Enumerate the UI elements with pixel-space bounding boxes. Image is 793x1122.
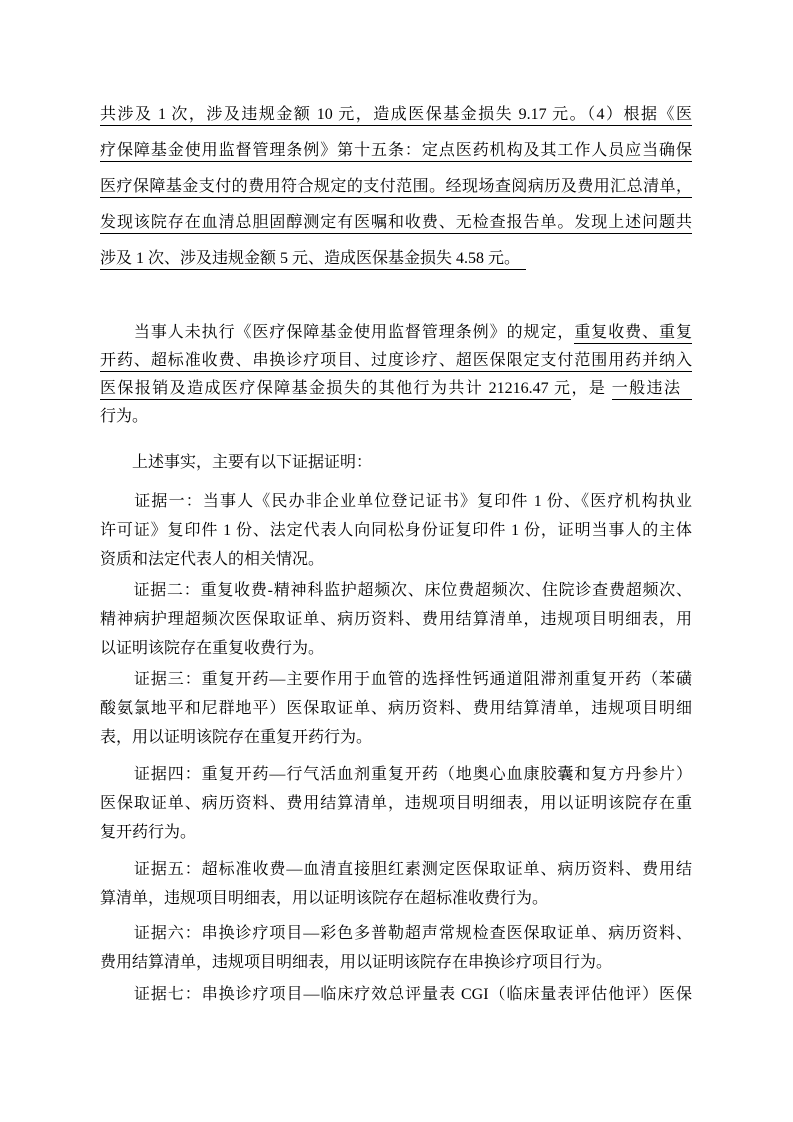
document-page: { "page": { "background_color": "#ffffff… <box>0 0 793 1122</box>
text-segment: 上述事实，主要有以下证据证明： <box>100 454 372 471</box>
document-text-content: 共涉及 1 次，涉及违规金额 10 元，造成医保基金损失 9.17 元。（4）根… <box>100 0 692 1009</box>
underlined-text: 疗保障基金使用监督管理条例》第十五条：定点医药机构及其工作人员应当确保 <box>100 142 692 162</box>
underlined-text: 医疗保障基金支付的费用符合规定的支付范围。经现场查阅病历及费用汇总清单， <box>100 178 692 198</box>
evidence-7: 证据七：串换诊疗项目—临床疗效总评量表 CGI（临床量表评估他评）医保 <box>100 980 692 1009</box>
text-line: 医保取证单、病历资料、费用结算清单，违规项目明细表，用以证明该院存在重 <box>100 789 692 818</box>
text-line: 复开药行为。 <box>100 818 692 847</box>
text-segment: 精神病护理超频次医保取证单、病历资料、费用结算清单，违规项目明细表，用 <box>100 611 692 628</box>
text-line: 医保报销及造成医疗保障基金损失的其他行为共计 21216.47 元，是 一般违法 <box>100 375 692 403</box>
facts-evidence-intro: 上述事实，主要有以下证据证明： <box>100 449 692 477</box>
underlined-text: 医保报销及造成医疗保障基金损失的其他行为共计 21216.47 元 <box>100 380 571 400</box>
text-segment: 算清单，违规项目明细表，用以证明该院存在超标准收费行为。 <box>100 890 548 907</box>
text-segment: 资质和法定代表人的相关情况。 <box>100 551 324 568</box>
text-line: 证据二：重复收费-精神科监护超频次、床位费超频次、住院诊查费超频次、 <box>100 576 692 605</box>
text-line: 酸氨氯地平和尼群地平）医保取证单、病历资料、费用结算清单，违规项目明细 <box>100 694 692 723</box>
text-line: 以证明该院存在重复收费行为。 <box>100 634 692 663</box>
text-line: 当事人未执行《医疗保障基金使用监督管理条例》的规定，重复收费、重复 <box>100 319 692 347</box>
text-line: 证据六：串换诊疗项目—彩色多普勒超声常规检查医保取证单、病历资料、 <box>100 919 692 948</box>
text-segment: 复开药行为。 <box>100 824 196 841</box>
text-line: 证据七：串换诊疗项目—临床疗效总评量表 CGI（临床量表评估他评）医保 <box>100 980 692 1009</box>
text-line: 疗保障基金使用监督管理条例》第十五条：定点医药机构及其工作人员应当确保 <box>100 133 692 169</box>
text-line: 发现该院存在血清总胆固醇测定有医嘱和收费、无检查报告单。发现上述问题共 <box>100 205 692 241</box>
text-segment: 酸氨氯地平和尼群地平）医保取证单、病历资料、费用结算清单，违规项目明细 <box>100 700 692 717</box>
text-segment: 医保取证单、病历资料、费用结算清单，违规项目明细表，用以证明该院存在重 <box>100 795 692 812</box>
text-segment: 证据四：重复开药—行气活血剂重复开药（地奥心血康胶囊和复方丹参片） <box>100 766 692 783</box>
evidence-3: 证据三：重复开药—主要作用于血管的选择性钙通道阻滞剂重复开药（苯磺酸氨氯地平和尼… <box>100 665 692 752</box>
text-segment: 证据三：重复开药—主要作用于血管的选择性钙通道阻滞剂重复开药（苯磺 <box>100 671 692 688</box>
violation-summary: 当事人未执行《医疗保障基金使用监督管理条例》的规定，重复收费、重复开药、超标准收… <box>100 319 692 431</box>
underlined-text: 开药、超标准收费、串换诊疗项目、过度诊疗、超医保限定支付范围用药并纳入 <box>100 352 692 372</box>
text-line: 费用结算清单，违规项目明细表，用以证明该院存在串换诊疗项目行为。 <box>100 948 692 977</box>
text-line: 共涉及 1 次，涉及违规金额 10 元，造成医保基金损失 9.17 元。（4）根… <box>100 97 692 133</box>
text-line: 精神病护理超频次医保取证单、病历资料、费用结算清单，违规项目明细表，用 <box>100 605 692 634</box>
underlined-text: 发现该院存在血清总胆固醇测定有医嘱和收费、无检查报告单。发现上述问题共 <box>100 214 692 234</box>
text-segment: 许可证》复印件 1 份、法定代表人向同松身份证复印件 1 份，证明当事人的主体 <box>100 522 692 539</box>
evidence-4: 证据四：重复开药—行气活血剂重复开药（地奥心血康胶囊和复方丹参片）医保取证单、病… <box>100 760 692 847</box>
text-segment: 证据六：串换诊疗项目—彩色多普勒超声常规检查医保取证单、病历资料、 <box>100 925 692 942</box>
text-line: 表，用以证明该院存在重复开药行为。 <box>100 723 692 752</box>
underlined-text: 一般违法 <box>612 380 692 400</box>
evidence-2: 证据二：重复收费-精神科监护超频次、床位费超频次、住院诊查费超频次、精神病护理超… <box>100 576 692 663</box>
text-line: 证据三：重复开药—主要作用于血管的选择性钙通道阻滞剂重复开药（苯磺 <box>100 665 692 694</box>
evidence-6: 证据六：串换诊疗项目—彩色多普勒超声常规检查医保取证单、病历资料、费用结算清单，… <box>100 919 692 977</box>
text-segment: 证据一：当事人《民办非企业单位登记证书》复印件 1 份、《医疗机构执业 <box>100 493 692 510</box>
closing-findings: 共涉及 1 次，涉及违规金额 10 元，造成医保基金损失 9.17 元。（4）根… <box>100 97 692 277</box>
underlined-text: 重复收费、重复 <box>574 324 692 344</box>
text-line: 算清单，违规项目明细表，用以证明该院存在超标准收费行为。 <box>100 884 692 913</box>
underlined-text: 共涉及 1 次，涉及违规金额 10 元，造成医保基金损失 9.17 元。（4）根… <box>100 106 692 126</box>
text-line: 证据五：超标准收费—血清直接胆红素测定医保取证单、病历资料、费用结 <box>100 855 692 884</box>
text-line: 资质和法定代表人的相关情况。 <box>100 545 692 574</box>
text-line: 行为。 <box>100 403 692 431</box>
text-segment: 证据五：超标准收费—血清直接胆红素测定医保取证单、病历资料、费用结 <box>100 861 692 878</box>
text-line: 许可证》复印件 1 份、法定代表人向同松身份证复印件 1 份，证明当事人的主体 <box>100 516 692 545</box>
text-line: 上述事实，主要有以下证据证明： <box>100 449 692 477</box>
underlined-text: 涉及 1 次、涉及违规金额 5 元、造成医保基金损失 4.58 元。 <box>100 250 526 270</box>
text-segment: 当事人未执行《医疗保障基金使用监督管理条例》的规定， <box>100 324 574 341</box>
text-segment: 证据七：串换诊疗项目—临床疗效总评量表 CGI（临床量表评估他评）医保 <box>100 986 692 1003</box>
text-segment: 证据二：重复收费-精神科监护超频次、床位费超频次、住院诊查费超频次、 <box>100 582 692 599</box>
text-line: 医疗保障基金支付的费用符合规定的支付范围。经现场查阅病历及费用汇总清单， <box>100 169 692 205</box>
text-segment: 表，用以证明该院存在重复开药行为。 <box>100 729 372 746</box>
text-line: 涉及 1 次、涉及违规金额 5 元、造成医保基金损失 4.58 元。 <box>100 241 692 277</box>
text-segment: 行为。 <box>100 408 148 425</box>
text-line: 证据四：重复开药—行气活血剂重复开药（地奥心血康胶囊和复方丹参片） <box>100 760 692 789</box>
text-line: 证据一：当事人《民办非企业单位登记证书》复印件 1 份、《医疗机构执业 <box>100 487 692 516</box>
evidence-5: 证据五：超标准收费—血清直接胆红素测定医保取证单、病历资料、费用结算清单，违规项… <box>100 855 692 913</box>
text-segment: ，是 <box>571 380 611 397</box>
text-line: 开药、超标准收费、串换诊疗项目、过度诊疗、超医保限定支付范围用药并纳入 <box>100 347 692 375</box>
evidence-1: 证据一：当事人《民办非企业单位登记证书》复印件 1 份、《医疗机构执业许可证》复… <box>100 487 692 574</box>
text-segment: 费用结算清单，违规项目明细表，用以证明该院存在串换诊疗项目行为。 <box>100 954 612 971</box>
text-segment: 以证明该院存在重复收费行为。 <box>100 640 324 657</box>
